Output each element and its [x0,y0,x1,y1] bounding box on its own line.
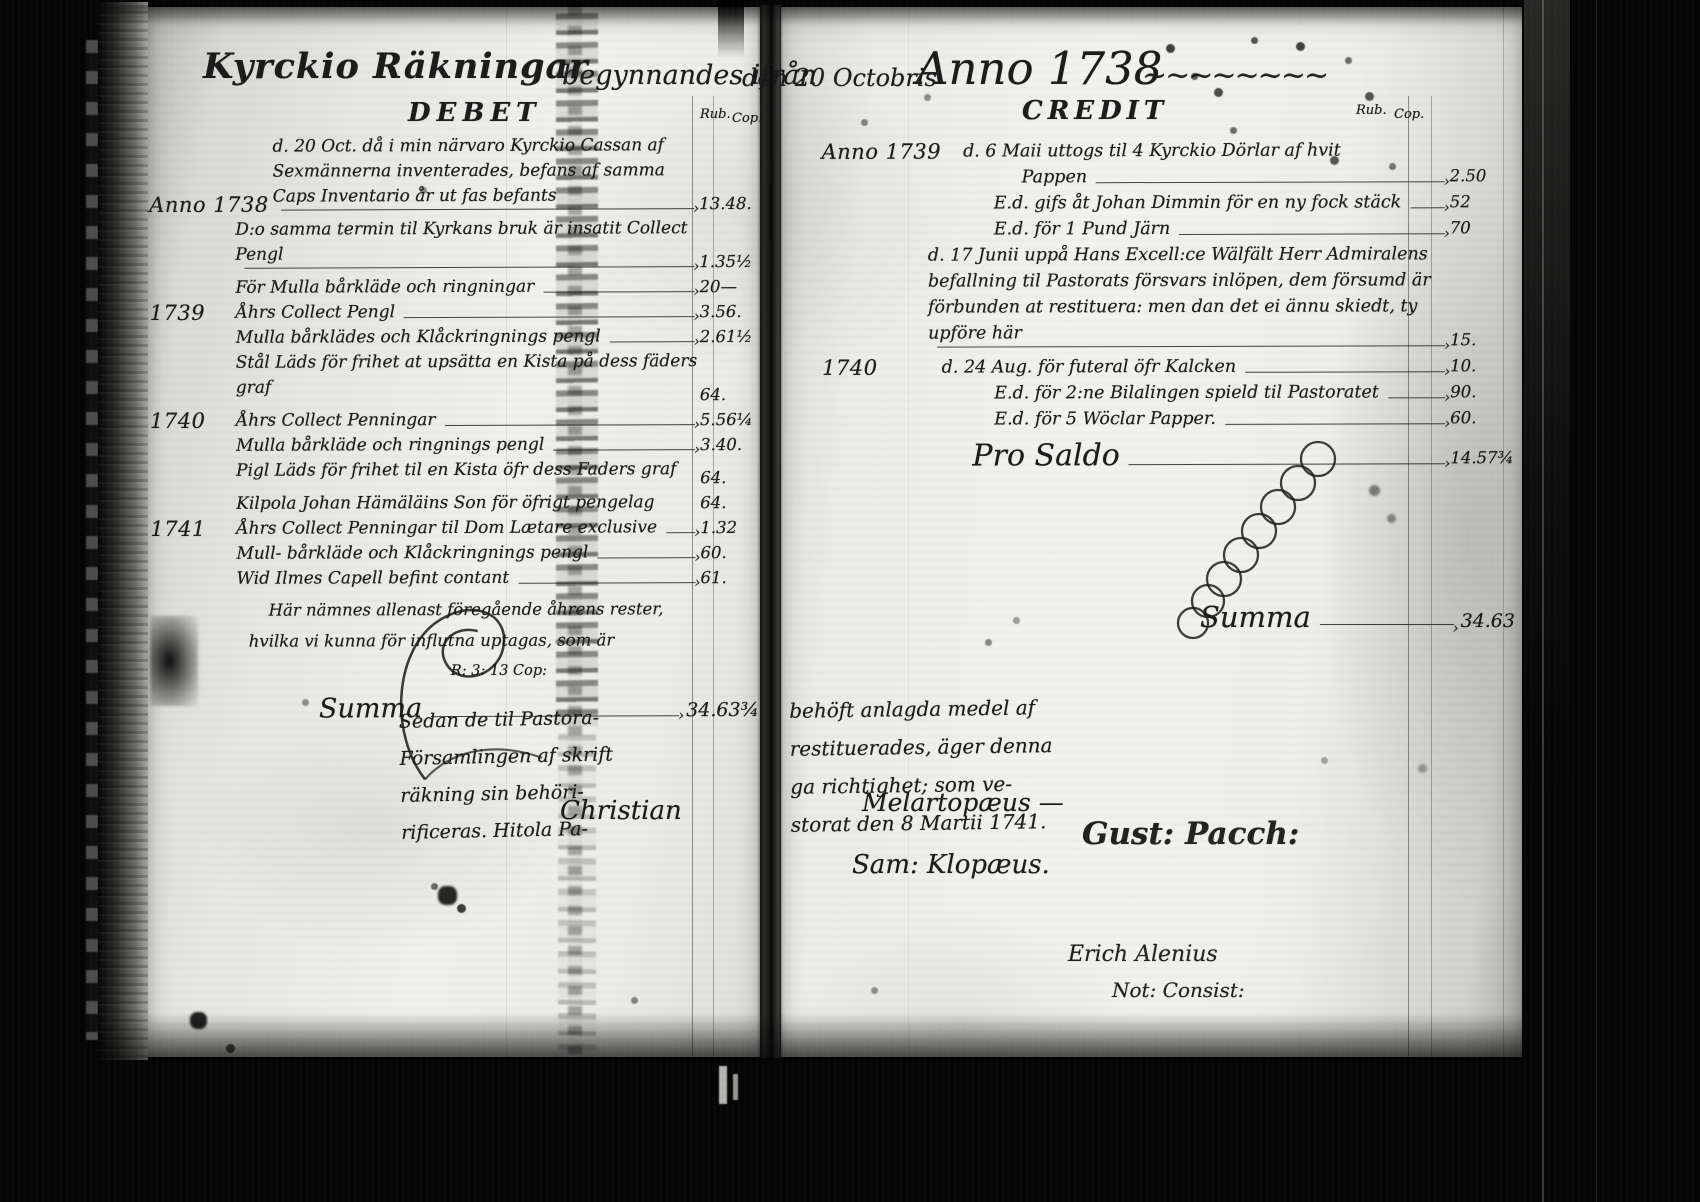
ledger-entry: 1740 Åhrs Collect Penningar 5.56¼ [150,407,758,434]
flourish-line [1410,207,1444,208]
book-page-edges [86,40,98,1040]
ledger-entry: Kilpola Johan Hämäläins Son för öfrigt p… [150,490,758,517]
flourish-line [1225,423,1445,425]
entry-text: E.d. för 1 Pund Järn [994,216,1171,242]
signature-notary-title: Not: Consist: [1112,978,1245,1002]
entry-amount: 70 [1448,215,1514,241]
title-date: den 20 Octobris [742,64,937,92]
film-mark [733,1074,738,1100]
ledger-entry: E.d. för 5 Wöclar Papper. 60. [822,405,1514,433]
flourish-line [245,482,695,485]
ledger-entry: 1739 Åhrs Collect Pengl 3.56. [150,299,758,326]
entry-amount: 5.56¼ [698,407,758,432]
entry-body: E.d. för 2:ne Bilalingen spield til Past… [874,379,1448,407]
entry-text: d. 24 Aug. för futeral öfr Kalcken [942,354,1237,381]
entry-body: Mulla bårkläde och ringnings pengl [236,432,698,459]
entry-text: Stål Läds för frihet at upsätta en Kista… [236,349,698,401]
flourish-line [1096,181,1445,183]
flourish-line [244,266,694,269]
entry-text: E.d. gifs åt Johan Dimmin för en ny fock… [994,189,1402,216]
entry-text: d. 20 Oct. då i min närvaro Kyrckio Cass… [272,133,697,209]
entry-year: Anno 1739 [822,139,952,165]
ledger-entry: Anno 1739 d. 6 Maii uttogs til 4 Kyrckio… [822,137,1514,165]
entry-text: Pappen [1022,164,1088,190]
entry-amount: 2.50 [1448,163,1514,189]
signature-christian: Christian [560,796,682,826]
flourish-line [1245,371,1445,373]
film-scratch [1596,0,1597,1202]
entry-text: För Mulla bårkläde och ringningar [235,275,534,301]
entry-amount: 3.40. [698,432,758,457]
flourish-line [553,449,695,450]
credit-entries: Anno 1739 d. 6 Maii uttogs til 4 Kyrckio… [822,137,1515,473]
microfilm-scan: Kyrckio Räkningar begynnandes ifrån den … [0,0,1700,1202]
entry-body: D:o samma termin til Kyrkans bruk är ins… [235,216,697,276]
flourish-line [666,532,695,533]
entry-amount: 90. [1448,379,1514,405]
book-title: Kyrckio Räkningar [203,46,589,87]
pro-saldo-value: 14.57¾ [1448,445,1514,471]
entry-year: Anno 1738 [149,193,273,218]
pro-saldo-label: Pro Saldo [972,440,1120,472]
credit-heading: CREDIT [1022,96,1168,126]
entry-text: Wid Ilmes Capell befint contant [236,566,509,592]
fold-shadow [718,0,744,58]
entry-year: 1740 [150,409,236,434]
entry-text: Pigl Läds för frihet til en Kista öfr de… [236,457,676,484]
rub-column-header: Rub. [1356,103,1387,118]
entry-text: Åhrs Collect Penningar til Dom Lætare ex… [236,515,657,541]
entry-text: D:o samma termin til Kyrkans bruk är ins… [235,216,697,268]
entry-text: E.d. för 2:ne Bilalingen spield til Past… [994,379,1379,406]
ledger-entry: Mulla bårklädes och Klåckringnings pengl… [150,324,758,351]
entry-amount: 3.56. [698,299,758,324]
flourish-line [245,399,695,402]
entry-year: 1741 [150,517,236,542]
entry-amount: 52 [1448,189,1514,215]
entry-body: d. 24 Aug. för futeral öfr Kalcken [888,353,1449,380]
entry-amount: 64. [698,490,758,515]
entry-body: E.d. för 5 Wöclar Papper. [874,405,1448,433]
entry-body: Stål Läds för frihet at upsätta en Kista… [236,349,698,409]
entry-body: d. 6 Maii uttogs til 4 Kyrckio Dörlar af… [951,137,1514,164]
debet-heading: DEBET [408,98,542,128]
entry-amount: 61. [698,565,758,590]
flourish-line [404,316,695,318]
cop-column-header: Cop. [732,111,762,126]
entry-body: E.d. för 1 Pund Järn [874,215,1448,243]
entry-amount: 2.61½ [698,324,758,349]
cop-column-header: Cop. [1394,107,1424,122]
ledger-entry: Stål Läds för frihet at upsätta en Kista… [150,349,758,409]
entry-amount: 64. [698,382,758,407]
ledger-entry: 1740 d. 24 Aug. för futeral öfr Kalcken … [822,353,1514,381]
entry-body: d. 17 Junii uppå Hans Excell:ce Wälfält … [874,241,1448,355]
ledger-entry: E.d. för 2:ne Bilalingen spield til Past… [822,379,1514,407]
entry-body: Mull- bårkläde och Klåckringnings pengl [236,540,698,567]
attestation-left: Sedan de til Pastora- Församlingen af sk… [398,696,773,852]
entry-body: Åhrs Collect Penningar til Dom Lætare ex… [236,515,698,542]
entry-body: Åhrs Collect Pengl [236,299,698,326]
entry-body: d. 20 Oct. då i min närvaro Kyrckio Cass… [272,133,697,217]
flourish-line [1179,233,1445,235]
entry-body: Åhrs Collect Penningar [236,407,698,434]
entry-amount: 10. [1448,353,1514,379]
film-mark [719,1066,727,1104]
flourish-line [937,345,1445,347]
signature-klopaeus: Sam: Klopæus. [852,850,1050,880]
entry-body: Pigl Läds för frihet til en Kista öfr de… [236,457,698,492]
ledger-entry: Pigl Läds för frihet til en Kista öfr de… [150,457,758,492]
entry-text: Mulla bårklädes och Klåckringnings pengl [236,324,601,350]
ledger-entry: 1741 Åhrs Collect Penningar til Dom Læta… [150,515,758,542]
flourish-line [282,208,695,210]
entry-body: Kilpola Johan Hämäläins Son för öfrigt p… [236,490,698,517]
entry-amount: 1.35½ [697,249,757,274]
ledger-entry: Anno 1738 d. 20 Oct. då i min närvaro Ky… [149,133,757,218]
flourish-line [664,507,696,508]
entry-body: Wid Ilmes Capell befint contant [236,565,698,592]
rub-column-header: Rub. [700,107,731,122]
flourish-line [445,424,695,426]
film-edge-band [1524,0,1570,1060]
title-flourish: ~~~~~~~~ [1142,58,1327,93]
entry-body: Pappen [874,163,1448,191]
signature-alenius: Erich Alenius [1068,942,1218,967]
summa-value: 34.63 [1457,610,1515,632]
signature-melartopaeus: Melartopæus — [862,788,1064,817]
entry-text: d. 17 Junii uppå Hans Excell:ce Wälfält … [928,241,1448,346]
spiral-doodle [1118,432,1343,644]
ledger-entry: För Mulla bårkläde och ringningar 20— [149,274,757,301]
title-anno: Anno 1738 [916,42,1162,95]
ledger-entry: Wid Ilmes Capell befint contant 61. [150,565,758,592]
entry-body: E.d. gifs åt Johan Dimmin för en ny fock… [874,189,1448,217]
ledger-entry: Mulla bårkläde och ringnings pengl 3.40. [150,432,758,459]
ink-spots-overlay [0,0,5,5]
flourish-line [610,341,695,342]
entry-amount: 64. [698,465,758,490]
entry-text: d. 6 Maii uttogs til 4 Kyrckio Dörlar af… [951,138,1341,165]
signature-gust: Gust: Pacch: [1082,816,1299,852]
ledger-entry: E.d. för 1 Pund Järn 70 [822,215,1514,243]
entry-year: 1740 [822,355,888,381]
entry-text: Åhrs Collect Pengl [236,300,396,326]
ledger-entry: D:o samma termin til Kyrkans bruk är ins… [149,216,757,276]
ledger-entry: Pappen 2.50 [822,163,1514,191]
entry-body: Mulla bårklädes och Klåckringnings pengl [236,324,698,351]
entry-text: E.d. för 5 Wöclar Papper. [994,406,1216,433]
book-spine [98,2,148,1060]
entry-amount: 1.32 [698,515,758,540]
film-scratch [1542,0,1544,1202]
entry-amount: 60. [1448,405,1514,431]
flourish-line [518,582,695,584]
entry-text: Kilpola Johan Hämäläins Son för öfrigt p… [236,490,654,516]
entry-amount: 60. [698,540,758,565]
flourish-line [1388,397,1445,398]
ledger-entry: E.d. gifs åt Johan Dimmin för en ny fock… [822,189,1514,217]
entry-amount: 13.48. [697,191,757,216]
entry-body: För Mulla bårkläde och ringningar [235,274,697,301]
center-fold [757,5,783,1058]
entry-amount: 20— [697,274,757,299]
entry-text: Mull- bårkläde och Klåckringnings pengl [236,541,588,567]
entry-amount: 15. [1448,327,1514,353]
flourish-line [543,291,694,293]
entry-text: Mulla bårkläde och ringnings pengl [236,433,544,459]
flourish-line [597,557,695,558]
ledger-entry: d. 17 Junii uppå Hans Excell:ce Wälfält … [822,241,1514,355]
ledger-entry: Mull- bårkläde och Klåckringnings pengl … [150,540,758,567]
entry-year: 1739 [150,301,236,326]
entry-text: Åhrs Collect Penningar [236,408,436,434]
